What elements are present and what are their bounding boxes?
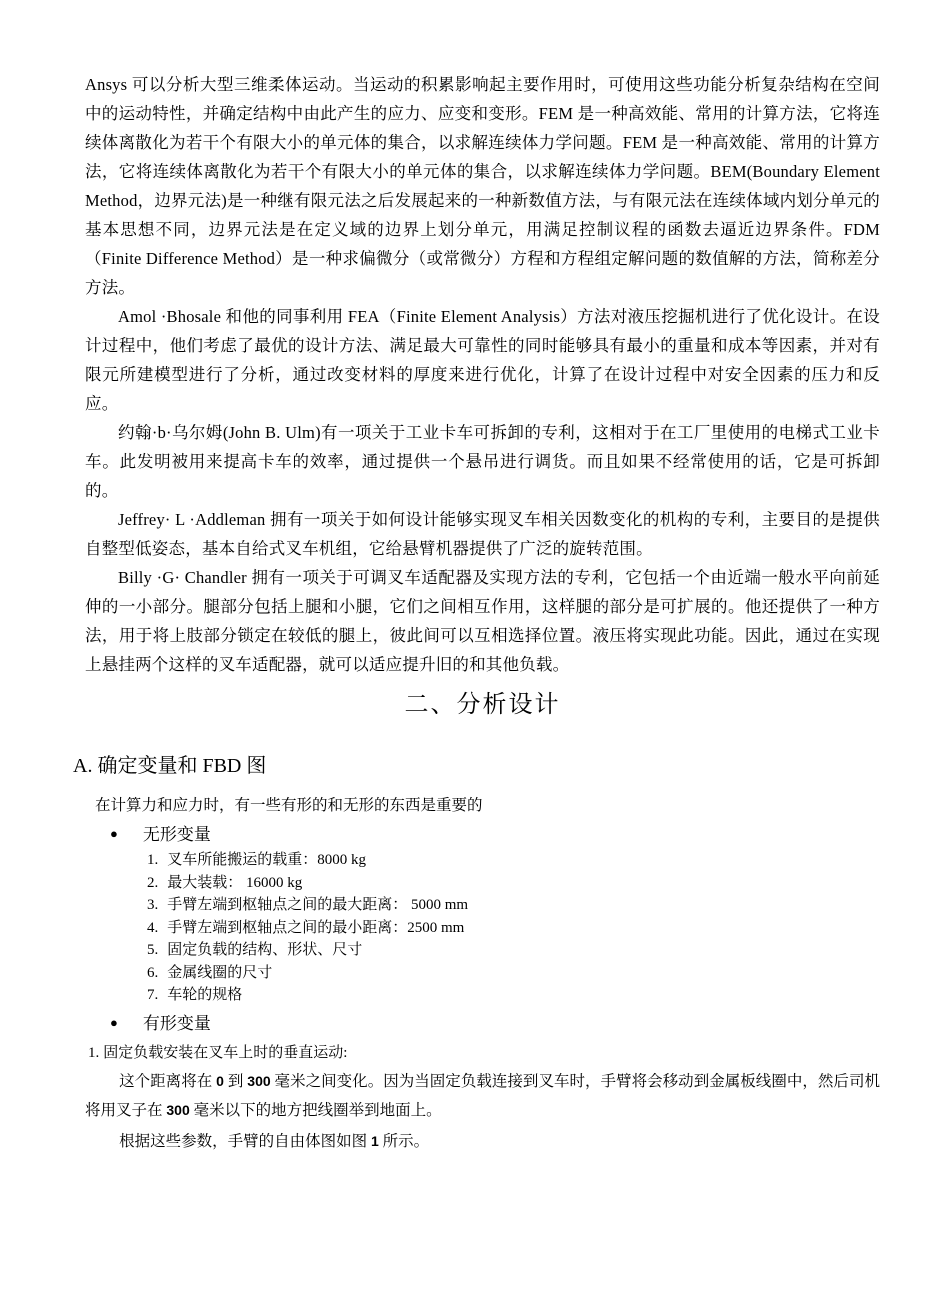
list-item: 7. 车轮的规格	[147, 984, 880, 1007]
subsection-heading-variables-fbd: A. 确定变量和 FBD 图	[73, 751, 880, 781]
list-item-number: 1.	[88, 1045, 99, 1061]
list-item-text: 手臂左端到枢轴点之间的最大距离： 5000 mm	[167, 894, 468, 917]
list-item: 6. 金属线圈的尺寸	[147, 962, 880, 985]
paragraph-ansys-fem-bem-fdm: Ansys 可以分析大型三维柔体运动。当运动的积累影响起主要作用时，可使用这些功…	[85, 70, 880, 302]
list-item-text: 金属线圈的尺寸	[167, 962, 272, 985]
list-item: 5. 固定负载的结构、形状、尺寸	[147, 939, 880, 962]
list-item-number: 2.	[147, 872, 158, 895]
list-item: 4. 手臂左端到枢轴点之间的最小距离：2500 mm	[147, 917, 880, 940]
list-item-number: 1.	[147, 849, 158, 872]
figure-number: 1	[371, 1133, 379, 1149]
text-segment: 根据这些参数，手臂的自由体图如图	[119, 1133, 371, 1150]
tangible-item-vertical-motion: 1.固定负载安装在叉车上时的垂直运动:	[88, 1041, 880, 1065]
list-item-number: 3.	[147, 894, 158, 917]
list-item-text: 车轮的规格	[167, 984, 242, 1007]
list-item-number: 4.	[147, 917, 158, 940]
list-item-text: 固定负载的结构、形状、尺寸	[167, 939, 362, 962]
value-300mm: 300	[247, 1073, 270, 1089]
document-page: Ansys 可以分析大型三维柔体运动。当运动的积累影响起主要作用时，可使用这些功…	[0, 0, 926, 1309]
bullet-intangible-variables: ●无形变量	[110, 822, 880, 847]
list-item-text: 最大装载： 16000 kg	[167, 872, 302, 895]
paragraph-jeffrey-addleman-patent: Jeffrey· L ·Addleman 拥有一项关于如何设计能够实现叉车相关因…	[85, 505, 880, 563]
list-item: 2. 最大装载： 16000 kg	[147, 872, 880, 895]
paragraph-figure-reference: 根据这些参数，手臂的自由体图如图 1 所示。	[85, 1127, 880, 1156]
list-item-number: 5.	[147, 939, 158, 962]
bullet-icon: ●	[110, 1015, 118, 1030]
list-item: 3. 手臂左端到枢轴点之间的最大距离： 5000 mm	[147, 894, 880, 917]
paragraph-amol-bhosale-fea: Amol ·Bhosale 和他的同事利用 FEA（Finite Element…	[85, 302, 880, 418]
document-content: Ansys 可以分析大型三维柔体运动。当运动的积累影响起主要作用时，可使用这些功…	[85, 70, 880, 1156]
bullet-icon: ●	[110, 826, 118, 841]
list-item-text: 叉车所能搬运的载重：8000 kg	[167, 849, 366, 872]
intro-line: 在计算力和应力时，有一些有形的和无形的东西是重要的	[95, 794, 880, 818]
paragraph-motion-range: 这个距离将在 0 到 300 毫米之间变化。因为当固定负载连接到叉车时，手臂将会…	[85, 1067, 880, 1125]
section-heading-analysis-design: 二、分析设计	[85, 685, 880, 725]
bullet-tangible-variables: ●有形变量	[110, 1011, 880, 1036]
value-zero: 0	[216, 1073, 224, 1089]
text-segment: 毫米以下的地方把线圈举到地面上。	[190, 1102, 442, 1119]
text-segment: 这个距离将在	[119, 1073, 216, 1090]
paragraph-billy-chandler-patent: Billy ·G· Chandler 拥有一项关于可调叉车适配器及实现方法的专利…	[85, 563, 880, 679]
bullet-label-intangible: 无形变量	[143, 825, 211, 844]
value-300mm: 300	[166, 1102, 189, 1118]
text-segment: 到	[224, 1073, 247, 1090]
list-item-text: 手臂左端到枢轴点之间的最小距离：2500 mm	[167, 917, 464, 940]
paragraph-john-ulm-patent: 约翰·b·乌尔姆(John B. Ulm)有一项关于工业卡车可拆卸的专利，这相对…	[85, 418, 880, 505]
text-segment: 所示。	[379, 1133, 429, 1150]
bullet-label-tangible: 有形变量	[143, 1014, 211, 1033]
list-item-number: 6.	[147, 962, 158, 985]
list-item: 1. 叉车所能搬运的载重：8000 kg	[147, 849, 880, 872]
list-item-text: 固定负载安装在叉车上时的垂直运动:	[103, 1045, 347, 1061]
intangible-variable-list: 1. 叉车所能搬运的载重：8000 kg 2. 最大装载： 16000 kg 3…	[147, 849, 880, 1007]
list-item-number: 7.	[147, 984, 158, 1007]
